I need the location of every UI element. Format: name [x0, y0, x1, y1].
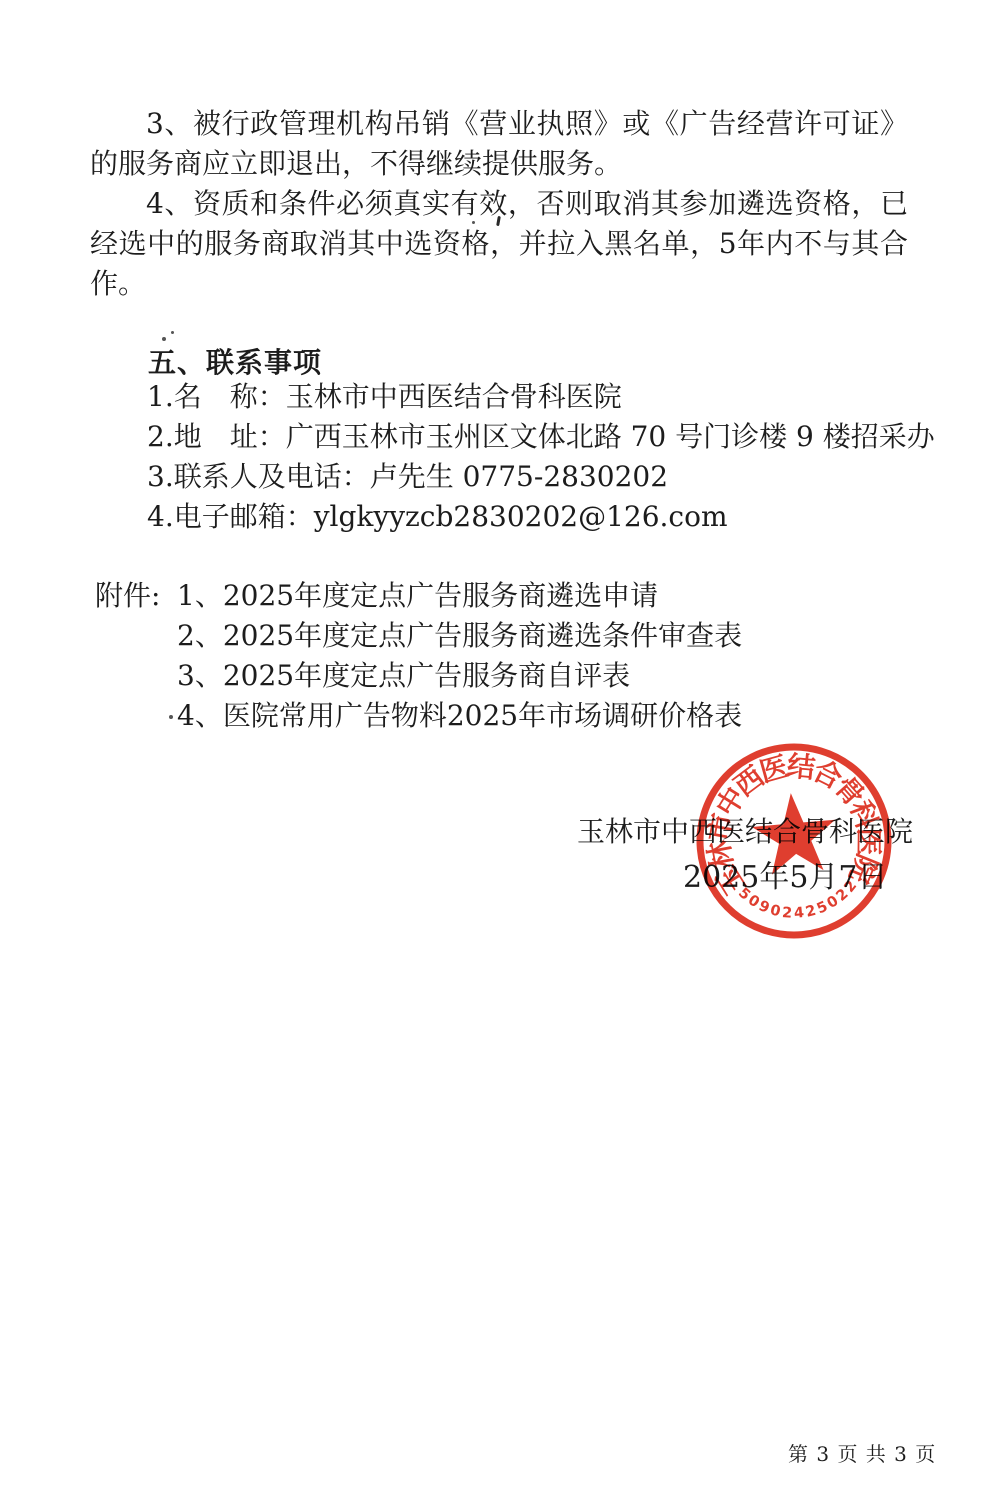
seal-code: 4509024250226	[664, 711, 864, 933]
paragraph-clause-4: 4、资质和条件必须真实有效，否则取消其参加遴选资格，已经选中的服务商取消其中选资…	[90, 184, 908, 304]
scan-artifact	[162, 337, 166, 341]
seal-star-icon	[749, 789, 839, 876]
scan-artifact	[171, 331, 174, 334]
document-page: 3、被行政管理机构吊销《营业执照》或《广告经营许可证》的服务商应立即退出，不得继…	[0, 0, 1000, 1512]
attachments-list: 附件: 1、2025年度定点广告服务商遴选申请 2、2025年度定点广告服务商遴…	[95, 576, 742, 736]
attachments-label: 附件:	[95, 576, 177, 616]
contact-person-phone: 3.联系人及电话：卢先生 0775-2830202	[147, 457, 935, 497]
scan-artifact	[472, 221, 475, 224]
seal-graphic: 4509024250226 玉林市中西医结合骨科医院	[664, 711, 924, 971]
attachment-item-3: 3、2025年度定点广告服务商自评表	[177, 656, 742, 696]
official-seal: 4509024250226 玉林市中西医结合骨科医院	[664, 711, 924, 971]
attachment-item-1: 1、2025年度定点广告服务商遴选申请	[177, 576, 658, 616]
contact-email: 4.电子邮箱：ylgkyyzcb2830202@126.com	[147, 497, 935, 537]
attachment-item-4: 4、医院常用广告物料2025年市场调研价格表	[177, 696, 742, 736]
contact-address: 2.地 址：广西玉林市玉州区文体北路 70 号门诊楼 9 楼招采办	[147, 417, 935, 457]
body-text: 3、被行政管理机构吊销《营业执照》或《广告经营许可证》的服务商应立即退出，不得继…	[90, 104, 908, 304]
paragraph-clause-3: 3、被行政管理机构吊销《营业执照》或《广告经营许可证》的服务商应立即退出，不得继…	[90, 104, 908, 184]
section-heading-contact: 五、联系事项	[148, 341, 322, 381]
scan-artifact	[169, 715, 173, 719]
attachment-item-2: 2、2025年度定点广告服务商遴选条件审查表	[177, 616, 742, 656]
contact-name: 1.名 称：玉林市中西医结合骨科医院	[147, 377, 935, 417]
page-number: 第 3 页 共 3 页	[788, 1438, 936, 1467]
contact-list: 1.名 称：玉林市中西医结合骨科医院 2.地 址：广西玉林市玉州区文体北路 70…	[147, 377, 935, 537]
